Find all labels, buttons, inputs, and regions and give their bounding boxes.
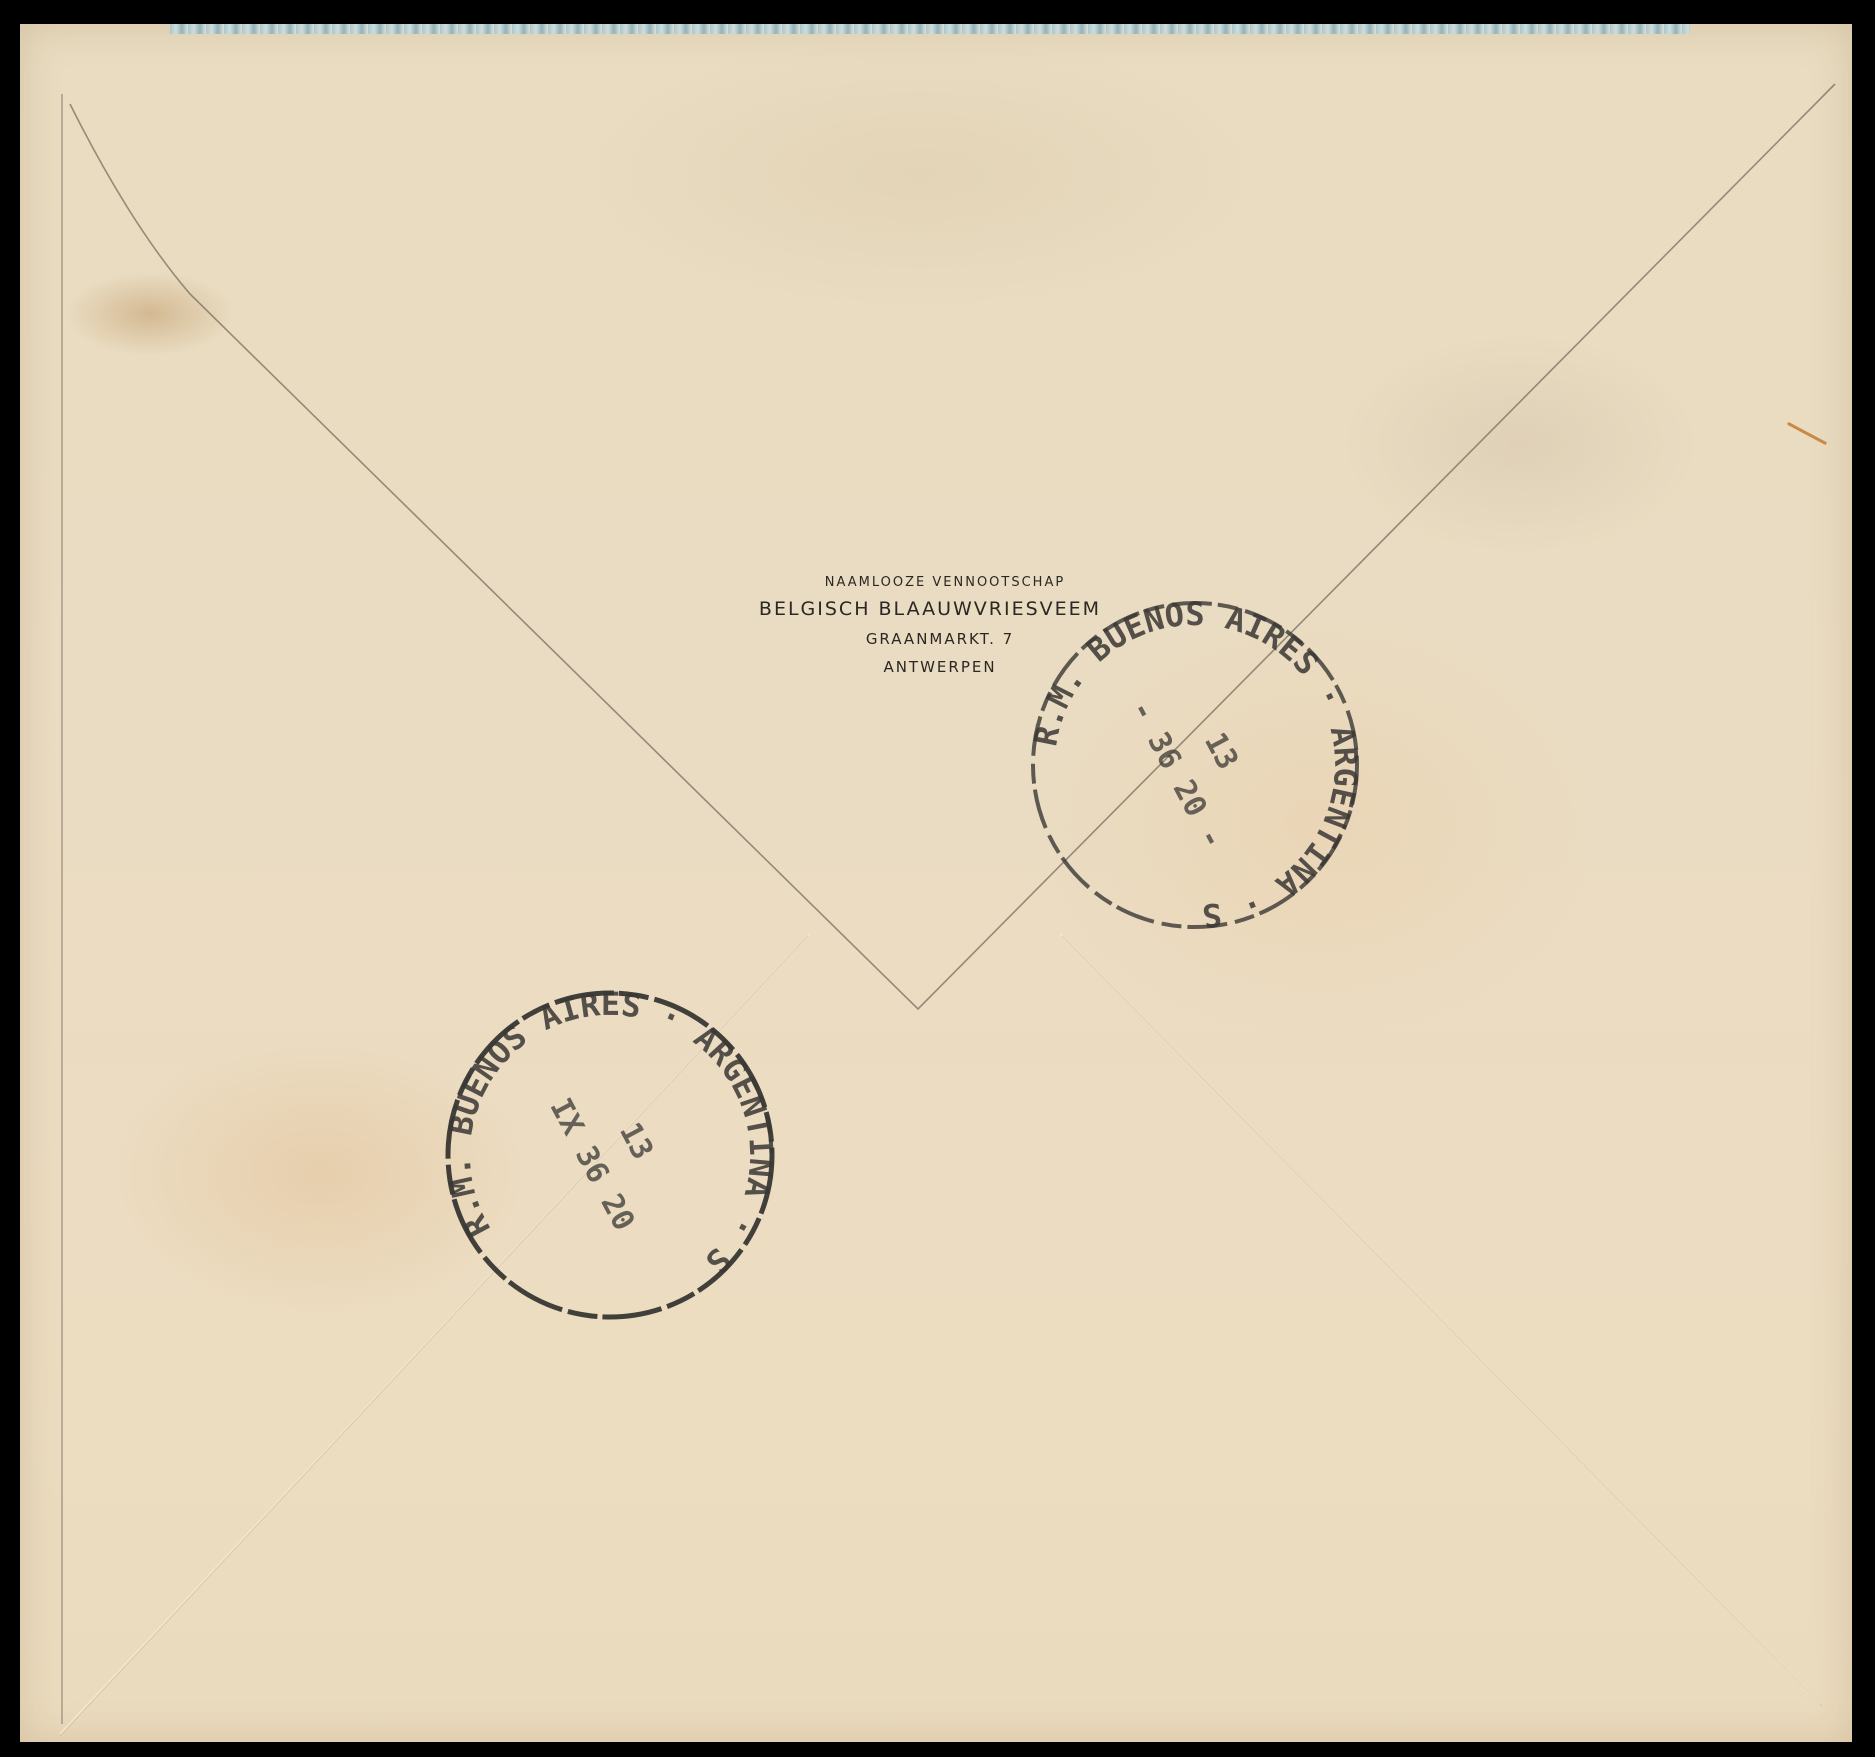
company-type: NAAMLOOZE VENNOOTSCHAP xyxy=(750,575,1140,590)
postmark-date-day: 13 xyxy=(1197,727,1245,775)
envelope-back xyxy=(20,24,1852,1742)
postmark-lower: R.M. BUENOS AIRES · ARGENTINA · S 13 IX … xyxy=(440,985,780,1325)
flap-fold-lines xyxy=(20,24,1852,1742)
postmark-ring-text: R.M. BUENOS AIRES · ARGENTINA · S xyxy=(1026,595,1365,935)
postmark-ring-text: R.M. BUENOS AIRES · ARGENTINA · S xyxy=(440,985,780,1325)
postmark-date: IX 36 20 xyxy=(543,1093,642,1237)
postmark-date-day: 13 xyxy=(612,1117,660,1165)
postmark-upper: R.M. BUENOS AIRES · ARGENTINA · S 13 - 3… xyxy=(1025,595,1365,935)
